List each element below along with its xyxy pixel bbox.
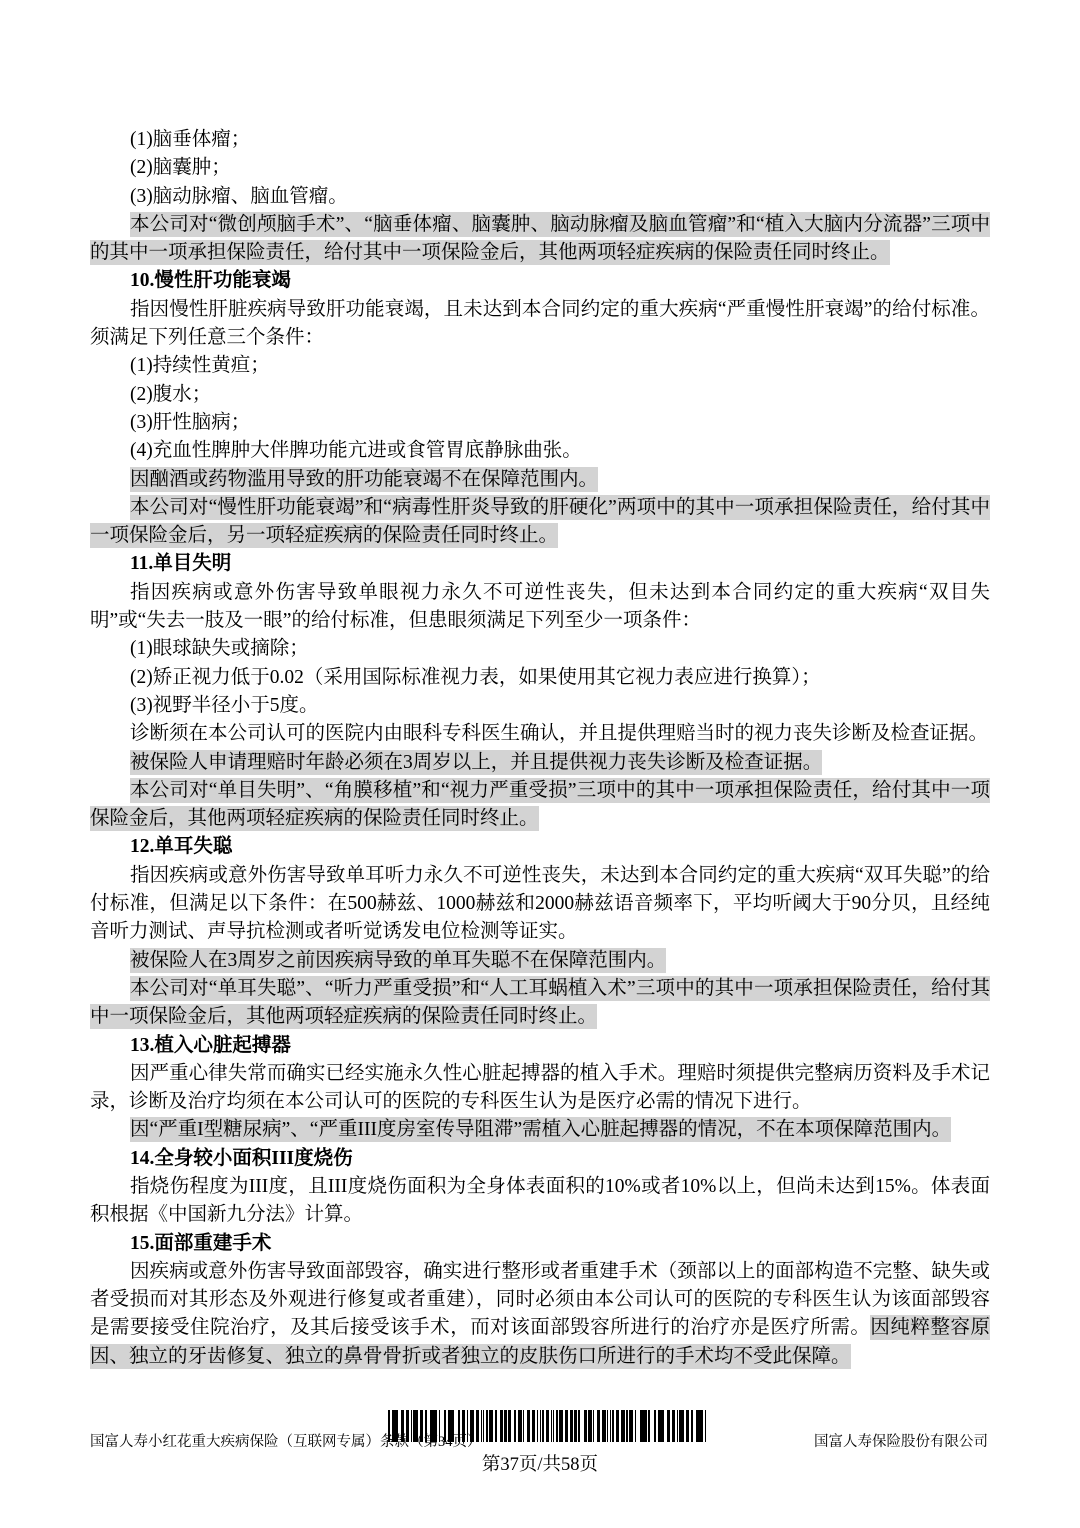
policy-terms-content: (1)脑垂体瘤； (2)脑囊肿； (3)脑动脉瘤、脑血管瘤。 本公司对“微创颅脑… xyxy=(90,126,990,1371)
footer-page-number: 第37页/共58页 xyxy=(0,1450,1080,1476)
highlighted-text: 本公司对“单耳失聪”、“听力严重受损”和“人工耳蜗植入术”三项中的其中一项承担保… xyxy=(90,976,990,1029)
list-item: (1)持续性黄疸； xyxy=(90,352,990,380)
exclusion-note: 因酗酒或药物滥用导致的肝功能衰竭不在保障范围内。 xyxy=(90,466,990,494)
section-heading-11: 11.单目失明 xyxy=(90,550,990,578)
section-heading-15: 15.面部重建手术 xyxy=(90,1230,990,1258)
section-heading-14: 14.全身较小面积III度烧伤 xyxy=(90,1145,990,1173)
list-item: (4)充血性脾肿大伴脾功能亢进或食管胃底静脉曲张。 xyxy=(90,437,990,465)
highlighted-text: 本公司对“微创颅脑手术”、“脑垂体瘤、脑囊肿、脑动脉瘤及脑血管瘤”和“植入大脑内… xyxy=(90,212,990,265)
list-item: (3)肝性脑病； xyxy=(90,409,990,437)
list-item-text: (1)持续性黄疸； xyxy=(130,355,270,376)
list-item-text: (2)矫正视力低于0.02（采用国际标准视力表，如果使用其它视力表应进行换算）； xyxy=(130,667,821,688)
list-item: (3)视野半径小于5度。 xyxy=(90,692,990,720)
exclusion-note: 本公司对“单目失明”、“角膜移植”和“视力严重受损”三项中的其中一项承担保险责任… xyxy=(90,777,990,834)
section-heading-13: 13.植入心脏起搏器 xyxy=(90,1032,990,1060)
exclusion-note: 本公司对“微创颅脑手术”、“脑垂体瘤、脑囊肿、脑动脉瘤及脑血管瘤”和“植入大脑内… xyxy=(90,211,990,268)
list-item: (1)眼球缺失或摘除； xyxy=(90,635,990,663)
list-item: (2)脑囊肿； xyxy=(90,154,990,182)
list-item-text: (1)眼球缺失或摘除； xyxy=(130,638,309,659)
paragraph-text: 诊断须在本公司认可的医院内由眼科专科医生确认，并且提供理赔当时的视力丧失诊断及检… xyxy=(130,723,988,744)
section-heading-12: 12.单耳失聪 xyxy=(90,833,990,861)
paragraph: 指因疾病或意外伤害导致单眼视力永久不可逆性丧失，但未达到本合同约定的重大疾病“双… xyxy=(90,579,990,636)
paragraph-text: 指因疾病或意外伤害导致单耳听力永久不可逆性丧失，未达到本合同约定的重大疾病“双耳… xyxy=(90,865,990,943)
footer-company-name: 国富人寿保险股份有限公司 xyxy=(814,1430,988,1451)
highlighted-text: 本公司对“慢性肝功能衰竭”和“病毒性肝炎导致的肝硬化”两项中的其中一项承担保险责… xyxy=(90,495,990,548)
exclusion-note: 本公司对“单耳失聪”、“听力严重受损”和“人工耳蜗植入术”三项中的其中一项承担保… xyxy=(90,975,990,1032)
list-item-text: (3)脑动脉瘤、脑血管瘤。 xyxy=(130,186,348,207)
paragraph-text: 因严重心律失常而确实已经实施永久性心脏起搏器的植入手术。理赔时须提供完整病历资料… xyxy=(90,1063,990,1112)
paragraph: 诊断须在本公司认可的医院内由眼科专科医生确认，并且提供理赔当时的视力丧失诊断及检… xyxy=(90,720,990,748)
paragraph-text: 指因慢性肝脏疾病导致肝功能衰竭，且未达到本合同约定的重大疾病“严重慢性肝衰竭”的… xyxy=(90,299,990,348)
document-page: (1)脑垂体瘤； (2)脑囊肿； (3)脑动脉瘤、脑血管瘤。 本公司对“微创颅脑… xyxy=(0,0,1080,1528)
highlighted-text: 因酗酒或药物滥用导致的肝功能衰竭不在保障范围内。 xyxy=(130,467,598,492)
paragraph: 因严重心律失常而确实已经实施永久性心脏起搏器的植入手术。理赔时须提供完整病历资料… xyxy=(90,1060,990,1117)
list-item-text: (2)脑囊肿； xyxy=(130,157,231,178)
paragraph-text: 指烧伤程度为III度，且III度烧伤面积为全身体表面积的10%或者10%以上，但… xyxy=(90,1176,990,1225)
list-item-text: (1)脑垂体瘤； xyxy=(130,129,250,150)
highlighted-text: 被保险人申请理赔时年龄必须在3周岁以上，并且提供视力丧失诊断及检查证据。 xyxy=(130,750,822,775)
list-item: (1)脑垂体瘤； xyxy=(90,126,990,154)
list-item: (3)脑动脉瘤、脑血管瘤。 xyxy=(90,183,990,211)
paragraph: 指烧伤程度为III度，且III度烧伤面积为全身体表面积的10%或者10%以上，但… xyxy=(90,1173,990,1230)
highlighted-text: 本公司对“单目失明”、“角膜移植”和“视力严重受损”三项中的其中一项承担保险责任… xyxy=(90,778,990,831)
list-item-text: (2)腹水； xyxy=(130,384,211,405)
paragraph-text: 指因疾病或意外伤害导致单眼视力永久不可逆性丧失，但未达到本合同约定的重大疾病“双… xyxy=(90,582,990,631)
paragraph: 因疾病或意外伤害导致面部毁容，确实进行整形或者重建手术（颈部以上的面部构造不完整… xyxy=(90,1258,990,1371)
exclusion-note: 被保险人在3周岁之前因疾病导致的单耳失聪不在保障范围内。 xyxy=(90,947,990,975)
exclusion-note: 被保险人申请理赔时年龄必须在3周岁以上，并且提供视力丧失诊断及检查证据。 xyxy=(90,749,990,777)
exclusion-note: 因“严重I型糖尿病”、“严重III度房室传导阻滞”需植入心脏起搏器的情况，不在本… xyxy=(90,1116,990,1144)
list-item: (2)矫正视力低于0.02（采用国际标准视力表，如果使用其它视力表应进行换算）； xyxy=(90,664,990,692)
highlighted-text: 被保险人在3周岁之前因疾病导致的单耳失聪不在保障范围内。 xyxy=(130,948,666,973)
highlighted-text: 因“严重I型糖尿病”、“严重III度房室传导阻滞”需植入心脏起搏器的情况，不在本… xyxy=(130,1117,951,1142)
paragraph: 指因慢性肝脏疾病导致肝功能衰竭，且未达到本合同约定的重大疾病“严重慢性肝衰竭”的… xyxy=(90,296,990,353)
footer-document-title: 国富人寿小红花重大疾病保险（互联网专属）条款（第34页） xyxy=(90,1430,482,1451)
exclusion-note: 本公司对“慢性肝功能衰竭”和“病毒性肝炎导致的肝硬化”两项中的其中一项承担保险责… xyxy=(90,494,990,551)
list-item-text: (3)肝性脑病； xyxy=(130,412,250,433)
paragraph: 指因疾病或意外伤害导致单耳听力永久不可逆性丧失，未达到本合同约定的重大疾病“双耳… xyxy=(90,862,990,947)
list-item-text: (4)充血性脾肿大伴脾功能亢进或食管胃底静脉曲张。 xyxy=(130,440,582,461)
section-heading-10: 10.慢性肝功能衰竭 xyxy=(90,267,990,295)
list-item: (2)腹水； xyxy=(90,381,990,409)
paragraph-text: 因疾病或意外伤害导致面部毁容，确实进行整形或者重建手术（颈部以上的面部构造不完整… xyxy=(90,1261,990,1339)
list-item-text: (3)视野半径小于5度。 xyxy=(130,695,319,716)
